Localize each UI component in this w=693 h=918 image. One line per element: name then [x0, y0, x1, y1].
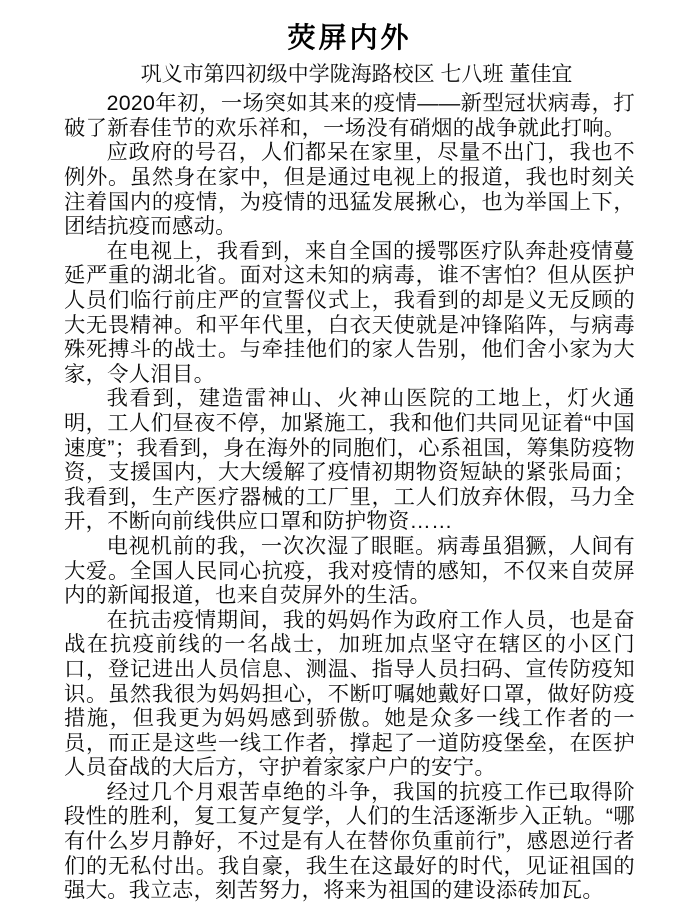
essay-paragraph-4: 我看到，建造雷神山、火神山医院的工地上，灯火通明，工人们昼夜不停，加紧施工，我和… [64, 386, 635, 534]
essay-paragraph-6: 在抗击疫情期间，我的妈妈作为政府工作人员，也是奋战在抗疫前线的一名战士，加班加点… [64, 608, 635, 780]
essay-paragraph-1: 2020年初，一场突如其来的疫情——新型冠状病毒，打破了新春佳节的欢乐祥和，一场… [64, 91, 635, 140]
essay-body: 2020年初，一场突如其来的疫情——新型冠状病毒，打破了新春佳节的欢乐祥和，一场… [64, 91, 635, 903]
essay-page: 荧屏内外 巩义市第四初级中学陇海路校区 七八班 董佳宜 2020年初，一场突如其… [0, 0, 693, 918]
essay-paragraph-7: 经过几个月艰苦卓绝的斗争，我国的抗疫工作已取得阶段性的胜利，复工复产复学，人们的… [64, 780, 635, 903]
essay-title: 荧屏内外 [64, 20, 635, 55]
essay-paragraph-5: 电视机前的我，一次次湿了眼眶。病毒虽猖獗，人间有大爱。全国人民同心抗疫，我对疫情… [64, 534, 635, 608]
essay-paragraph-2: 应政府的号召，人们都呆在家里，尽量不出门，我也不例外。虽然身在家中，但是通过电视… [64, 140, 635, 238]
essay-byline: 巩义市第四初级中学陇海路校区 七八班 董佳宜 [78, 62, 635, 88]
essay-paragraph-3: 在电视上，我看到，来自全国的援鄂医疗队奔赴疫情蔓延严重的湖北省。面对这未知的病毒… [64, 239, 635, 387]
